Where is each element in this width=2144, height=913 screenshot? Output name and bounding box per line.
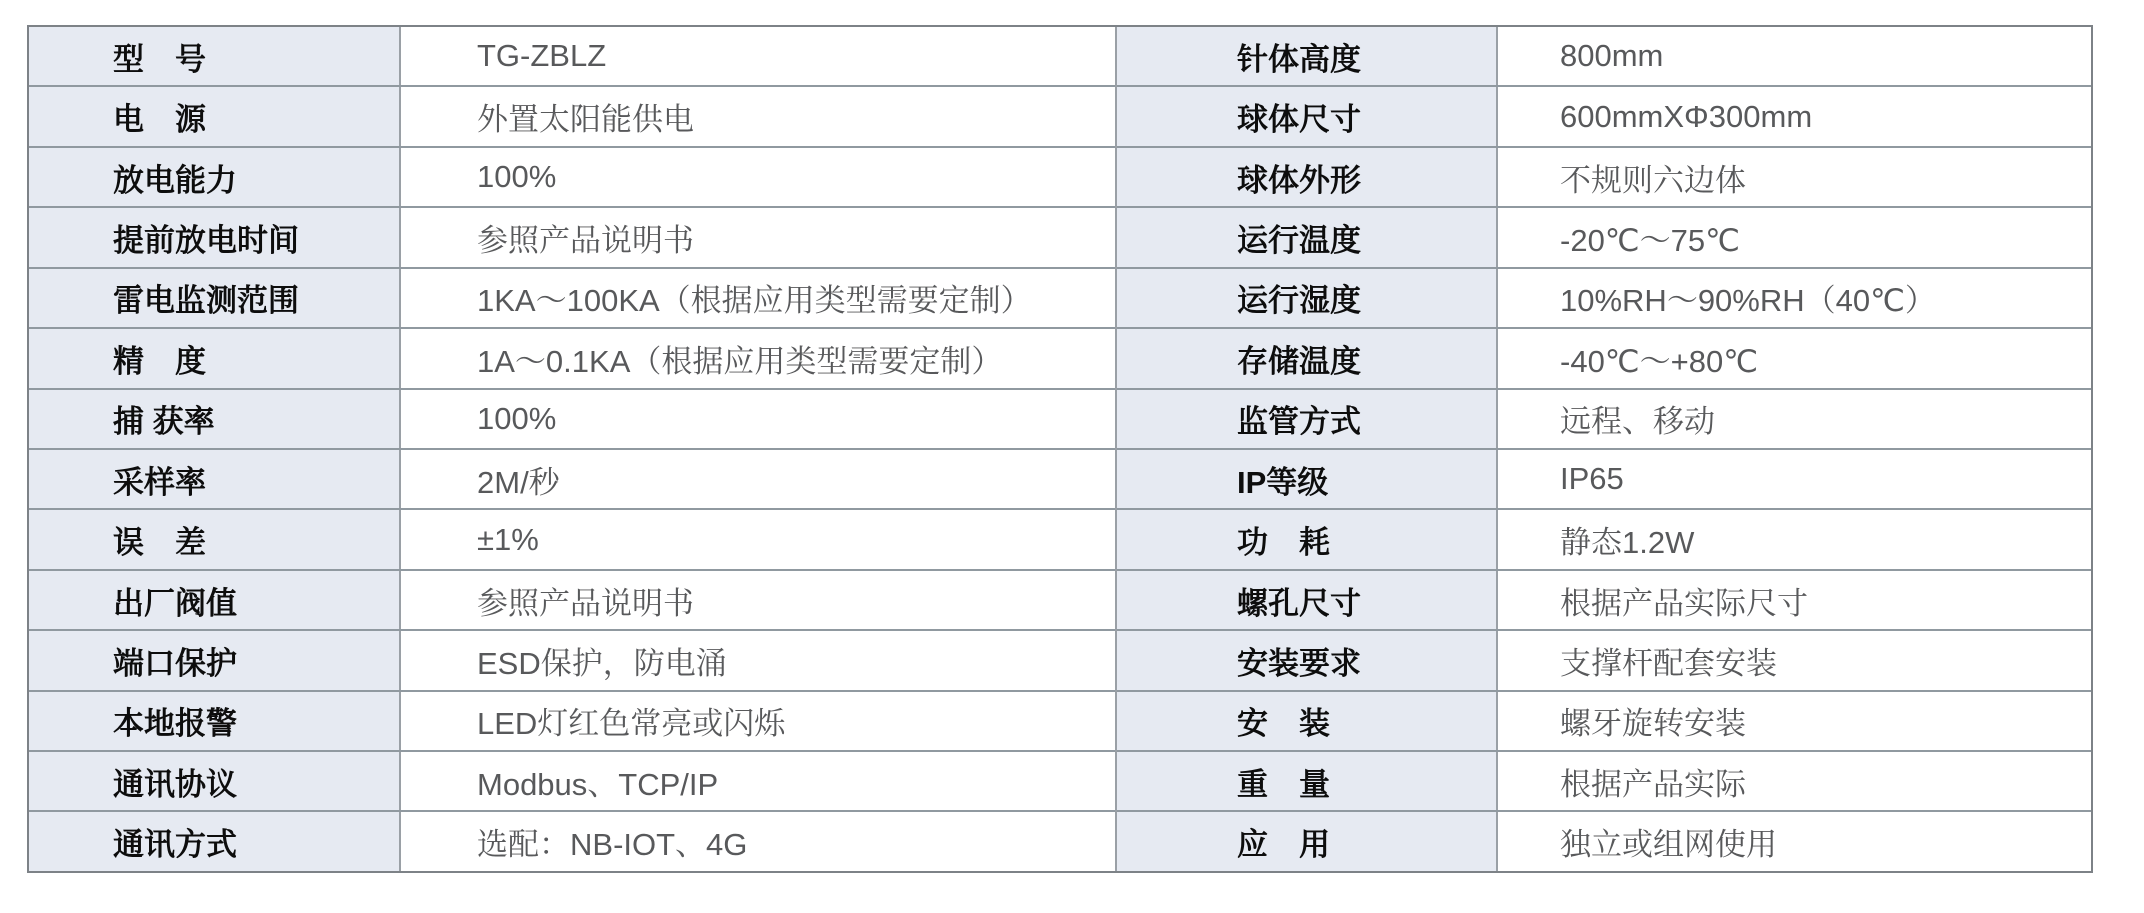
spec-value: 外置太阳能供电 [401,87,1115,145]
spec-label: 端口保护 [29,631,401,689]
spec-value: Modbus、TCP/IP [401,752,1115,810]
spec-row-supervision-method: 监管方式 远程、移动 [1117,388,2091,448]
spec-row-power-consumption: 功 耗 静态1.2W [1117,508,2091,568]
spec-label: 误 差 [29,510,401,568]
spec-label: 重 量 [1117,752,1498,810]
spec-label: 捕 获率 [29,390,401,448]
spec-value: 100% [401,390,1115,448]
spec-row-lightning-monitor-range: 雷电监测范围 1KA～100KA（根据应用类型需要定制） [29,267,1115,327]
spec-label: 本地报警 [29,692,401,750]
spec-label: 球体外形 [1117,148,1498,206]
spec-label: 存储温度 [1117,329,1498,387]
spec-row-precision: 精 度 1A～0.1KA（根据应用类型需要定制） [29,327,1115,387]
spec-row-sample-rate: 采样率 2M/秒 [29,448,1115,508]
spec-row-storage-temp: 存储温度 -40℃～+80℃ [1117,327,2091,387]
spec-row-capture-rate: 捕 获率 100% [29,388,1115,448]
product-spec-table: 型 号 TG-ZBLZ 电 源 外置太阳能供电 放电能力 100% 提前放电时间… [27,25,2093,873]
spec-row-installation: 安 装 螺牙旋转安装 [1117,690,2091,750]
spec-label: 放电能力 [29,148,401,206]
spec-row-operating-humidity: 运行湿度 10%RH～90%RH（40℃） [1117,267,2091,327]
spec-row-error: 误 差 ±1% [29,508,1115,568]
spec-label: 电 源 [29,87,401,145]
spec-label: 针体高度 [1117,27,1498,85]
spec-value: 1KA～100KA（根据应用类型需要定制） [401,269,1115,327]
spec-value: 600mmXΦ300mm [1498,87,2091,145]
spec-row-factory-threshold: 出厂阀值 参照产品说明书 [29,569,1115,629]
spec-label: 安装要求 [1117,631,1498,689]
spec-value: 参照产品说明书 [401,571,1115,629]
spec-value: 800mm [1498,27,2091,85]
spec-row-comm-protocol: 通讯协议 Modbus、TCP/IP [29,750,1115,810]
spec-value: ESD保护，防电涌 [401,631,1115,689]
spec-value: 根据产品实际 [1498,752,2091,810]
spec-row-comm-method: 通讯方式 选配：NB-IOT、4G [29,810,1115,870]
spec-label: 安 装 [1117,692,1498,750]
spec-value: 1A～0.1KA（根据应用类型需要定制） [401,329,1115,387]
spec-value: 独立或组网使用 [1498,812,2091,870]
spec-value: -40℃～+80℃ [1498,329,2091,387]
spec-row-ball-size: 球体尺寸 600mmXΦ300mm [1117,85,2091,145]
spec-label: 监管方式 [1117,390,1498,448]
spec-label: 通讯协议 [29,752,401,810]
spec-label: 球体尺寸 [1117,87,1498,145]
spec-row-early-discharge-time: 提前放电时间 参照产品说明书 [29,206,1115,266]
spec-value: 不规则六边体 [1498,148,2091,206]
spec-value: 螺牙旋转安装 [1498,692,2091,750]
spec-row-screw-hole-size: 螺孔尺寸 根据产品实际尺寸 [1117,569,2091,629]
spec-label: 提前放电时间 [29,208,401,266]
spec-value: TG-ZBLZ [401,27,1115,85]
spec-row-application: 应 用 独立或组网使用 [1117,810,2091,870]
spec-value: 支撑杆配套安装 [1498,631,2091,689]
spec-value: 10%RH～90%RH（40℃） [1498,269,2091,327]
spec-row-port-protection: 端口保护 ESD保护，防电涌 [29,629,1115,689]
spec-value: 100% [401,148,1115,206]
spec-label: 螺孔尺寸 [1117,571,1498,629]
spec-row-ball-shape: 球体外形 不规则六边体 [1117,146,2091,206]
spec-row-operating-temp: 运行温度 -20℃～75℃ [1117,206,2091,266]
spec-value: LED灯红色常亮或闪烁 [401,692,1115,750]
spec-table-left-section: 型 号 TG-ZBLZ 电 源 外置太阳能供电 放电能力 100% 提前放电时间… [29,27,1115,871]
spec-label: 通讯方式 [29,812,401,870]
spec-table-right-section: 针体高度 800mm 球体尺寸 600mmXΦ300mm 球体外形 不规则六边体… [1115,27,2091,871]
spec-label: 型 号 [29,27,401,85]
spec-row-weight: 重 量 根据产品实际 [1117,750,2091,810]
spec-value: 参照产品说明书 [401,208,1115,266]
spec-label: 采样率 [29,450,401,508]
spec-label: 出厂阀值 [29,571,401,629]
spec-row-local-alarm: 本地报警 LED灯红色常亮或闪烁 [29,690,1115,750]
spec-value: IP65 [1498,450,2091,508]
spec-value: 2M/秒 [401,450,1115,508]
spec-label: IP等级 [1117,450,1498,508]
spec-row-install-requirement: 安装要求 支撑杆配套安装 [1117,629,2091,689]
spec-value: ±1% [401,510,1115,568]
spec-label: 精 度 [29,329,401,387]
spec-row-power: 电 源 外置太阳能供电 [29,85,1115,145]
spec-value: 远程、移动 [1498,390,2091,448]
spec-row-discharge-capacity: 放电能力 100% [29,146,1115,206]
spec-row-needle-height: 针体高度 800mm [1117,27,2091,85]
spec-value: 根据产品实际尺寸 [1498,571,2091,629]
spec-value: 静态1.2W [1498,510,2091,568]
spec-row-model: 型 号 TG-ZBLZ [29,27,1115,85]
spec-label: 运行湿度 [1117,269,1498,327]
spec-label: 应 用 [1117,812,1498,870]
spec-value: -20℃～75℃ [1498,208,2091,266]
spec-label: 运行温度 [1117,208,1498,266]
spec-row-ip-rating: IP等级 IP65 [1117,448,2091,508]
spec-value: 选配：NB-IOT、4G [401,812,1115,870]
spec-label: 雷电监测范围 [29,269,401,327]
spec-label: 功 耗 [1117,510,1498,568]
